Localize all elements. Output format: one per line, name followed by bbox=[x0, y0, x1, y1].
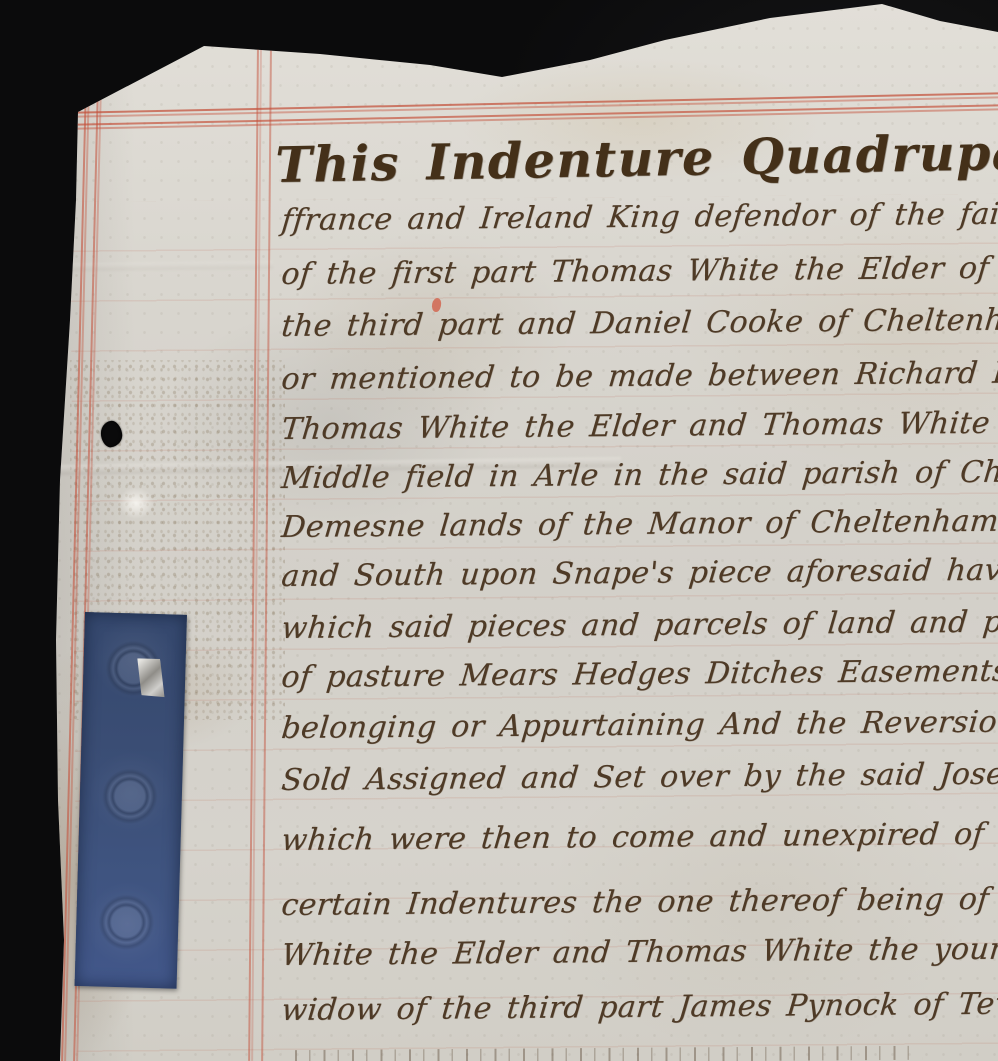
manuscript-line: Demesne lands of the Manor of Cheltenham… bbox=[280, 505, 998, 543]
manuscript-line: of the first part Thomas White the Elder… bbox=[280, 251, 998, 290]
manuscript-line: White the Elder and Thomas White the you… bbox=[280, 933, 998, 971]
parchment-sheet: This Indenture Quadrupartitemade ffrance… bbox=[0, 0, 998, 1061]
photograph-of-parchment-deed: This Indenture Quadrupartitemade ffrance… bbox=[0, 0, 998, 1061]
manuscript-line: Sold Assigned and Set over by the said J… bbox=[280, 758, 998, 796]
embossed-medallion bbox=[92, 758, 168, 834]
manuscript-line: of pasture Mears Hedges Ditches Easement… bbox=[280, 656, 998, 693]
pale-repair-patch bbox=[112, 482, 160, 524]
blue-revenue-stamp bbox=[75, 612, 187, 989]
manuscript-line: the third part and Daniel Cooke of Chelt… bbox=[280, 304, 998, 342]
manuscript-line: and South upon Snape's piece aforesaid h… bbox=[280, 555, 998, 592]
manuscript-line: widow of the third part James Pynock of … bbox=[280, 988, 998, 1026]
manuscript-line: Middle field in Arle in the said parish … bbox=[280, 456, 998, 494]
manuscript-line: or mentioned to be made between Richard … bbox=[280, 358, 998, 395]
manuscript-line: which were then to come and unexpired of… bbox=[280, 818, 998, 856]
manuscript-line: which said pieces and parcels of land an… bbox=[280, 607, 998, 644]
manuscript-line: belonging or Appurtaining And the Revers… bbox=[280, 707, 998, 744]
manuscript-line: certain Indentures the one thereof being… bbox=[280, 883, 998, 921]
manuscript-line: Thomas White the Elder and Thomas White … bbox=[280, 408, 998, 445]
manuscript-line: ffrance and Ireland King defendor of the… bbox=[280, 198, 998, 236]
embossed-medallion bbox=[88, 884, 164, 960]
